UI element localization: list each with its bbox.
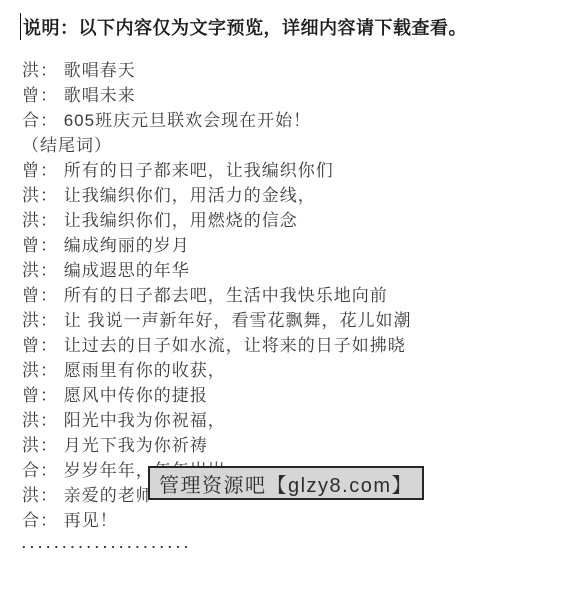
script-line: 洪： 让我编织你们，用活力的金线，: [22, 183, 562, 208]
script-line: 曾： 所有的日子都来吧，让我编织你们: [22, 158, 562, 183]
preview-notice: 说明：以下内容仅为文字预览，详细内容请下载查看。: [23, 14, 467, 40]
script-line: 洪： 阳光中我为你祝福，: [22, 408, 562, 433]
script-line: 曾： 所有的日子都去吧，生活中我快乐地向前: [22, 283, 562, 308]
dots-separator: .....................: [22, 533, 562, 558]
script-line: 洪： 愿雨里有你的收获，: [22, 358, 562, 383]
script-line: 曾： 愿风中传你的捷报: [22, 383, 562, 408]
script-line: 合： 再见！: [22, 508, 562, 533]
script-line: 曾： 让过去的日子如水流，让将来的日子如拂晓: [22, 333, 562, 358]
script-line: 洪： 编成遐思的年华: [22, 258, 562, 283]
document-preview-page: { "header": { "notice": "说明：以下内容仅为文字预览，详…: [0, 0, 578, 600]
script-line: 洪： 歌唱春天: [22, 58, 562, 83]
script-line: 合： 605班庆元旦联欢会现在开始！: [22, 108, 562, 133]
script-line: 洪： 月光下我为你祈祷: [22, 433, 562, 458]
script-line: （结尾词）: [22, 133, 562, 158]
text-cursor: [20, 13, 21, 40]
watermark-badge: 管理资源吧【glzy8.com】: [148, 466, 424, 500]
script-line: 曾： 歌唱未来: [22, 83, 562, 108]
watermark-label: 管理资源吧【glzy8.com】: [159, 469, 413, 498]
script-line: 洪： 让我编织你们，用燃烧的信念: [22, 208, 562, 233]
script-line: 曾： 编成绚丽的岁月: [22, 233, 562, 258]
script-line: 洪： 让 我说一声新年好，看雪花飘舞，花儿如潮: [22, 308, 562, 333]
